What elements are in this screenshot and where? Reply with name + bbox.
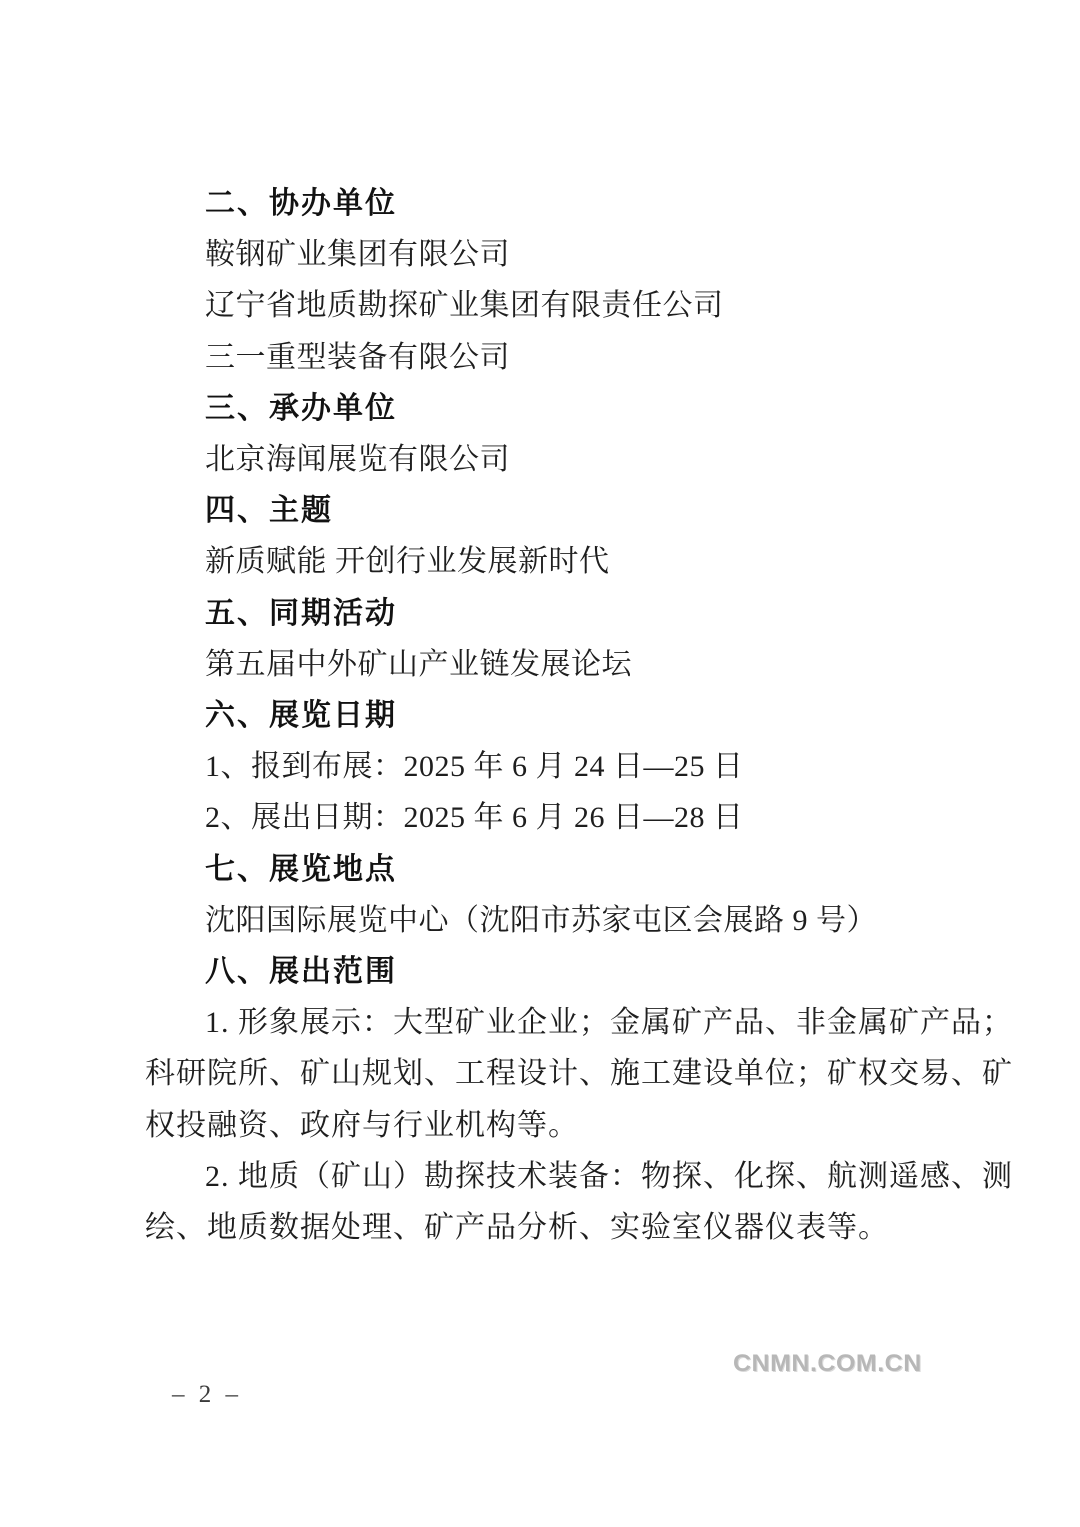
document-line: 2、展出日期：2025 年 6 月 26 日—28 日 [145,792,963,843]
page: 二、协办单位鞍钢矿业集团有限公司辽宁省地质勘探矿业集团有限责任公司三一重型装备有… [0,0,1080,1527]
document-line: 新质赋能 开创行业发展新时代 [145,536,963,587]
section-heading: 三、承办单位 [145,383,963,434]
document-line: 1、报到布展：2025 年 6 月 24 日—25 日 [145,741,963,792]
document-line: 沈阳国际展览中心（沈阳市苏家屯区会展路 9 号） [145,895,963,946]
watermark: CNMN.COM.CN [733,1350,922,1378]
section-heading: 二、协办单位 [145,178,963,229]
document-line: 北京海闻展览有限公司 [145,434,963,485]
document-line: 绘、地质数据处理、矿产品分析、实验室仪器仪表等。 [145,1202,963,1253]
section-heading: 四、主题 [145,485,963,536]
document-line: 1. 形象展示：大型矿业企业；金属矿产品、非金属矿产品； [145,997,963,1048]
document-line: 辽宁省地质勘探矿业集团有限责任公司 [145,280,963,331]
document-line: 权投融资、政府与行业机构等。 [145,1100,963,1151]
section-heading: 六、展览日期 [145,690,963,741]
page-number: – 2 – [172,1381,242,1409]
document-line: 第五届中外矿山产业链发展论坛 [145,639,963,690]
document-line: 三一重型装备有限公司 [145,332,963,383]
section-heading: 七、展览地点 [145,844,963,895]
section-heading: 五、同期活动 [145,588,963,639]
document-body: 二、协办单位鞍钢矿业集团有限公司辽宁省地质勘探矿业集团有限责任公司三一重型装备有… [145,178,963,1253]
document-line: 鞍钢矿业集团有限公司 [145,229,963,280]
document-line: 2. 地质（矿山）勘探技术装备：物探、化探、航测遥感、测 [145,1151,963,1202]
section-heading: 八、展出范围 [145,946,963,997]
document-line: 科研院所、矿山规划、工程设计、施工建设单位；矿权交易、矿 [145,1048,963,1099]
